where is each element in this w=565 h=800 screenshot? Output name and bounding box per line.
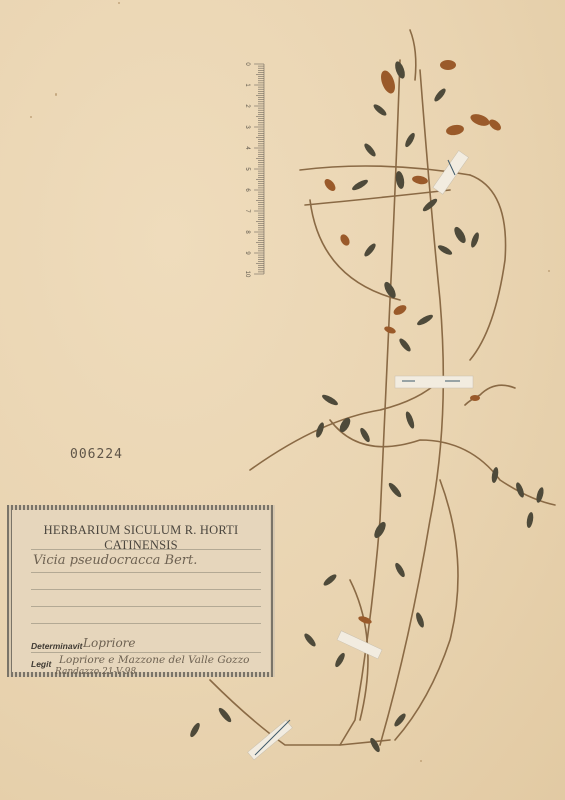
herbarium-label: HERBARIUM SICULUM R. HORTI CATINENSIS Vi… [7,505,275,677]
determinavit-label: Determinavit [31,641,83,651]
legit-label: Legit [31,659,51,669]
taxon-name: Vicia pseudocracca Bert. [33,553,197,568]
determinavit-value: Lopriore [83,636,136,650]
legit-date: Randazzo 21-V-98 [55,667,136,677]
plant-specimen [0,0,565,800]
legit-value: Lopriore e Mazzone del Valle Gozzo [59,654,249,666]
